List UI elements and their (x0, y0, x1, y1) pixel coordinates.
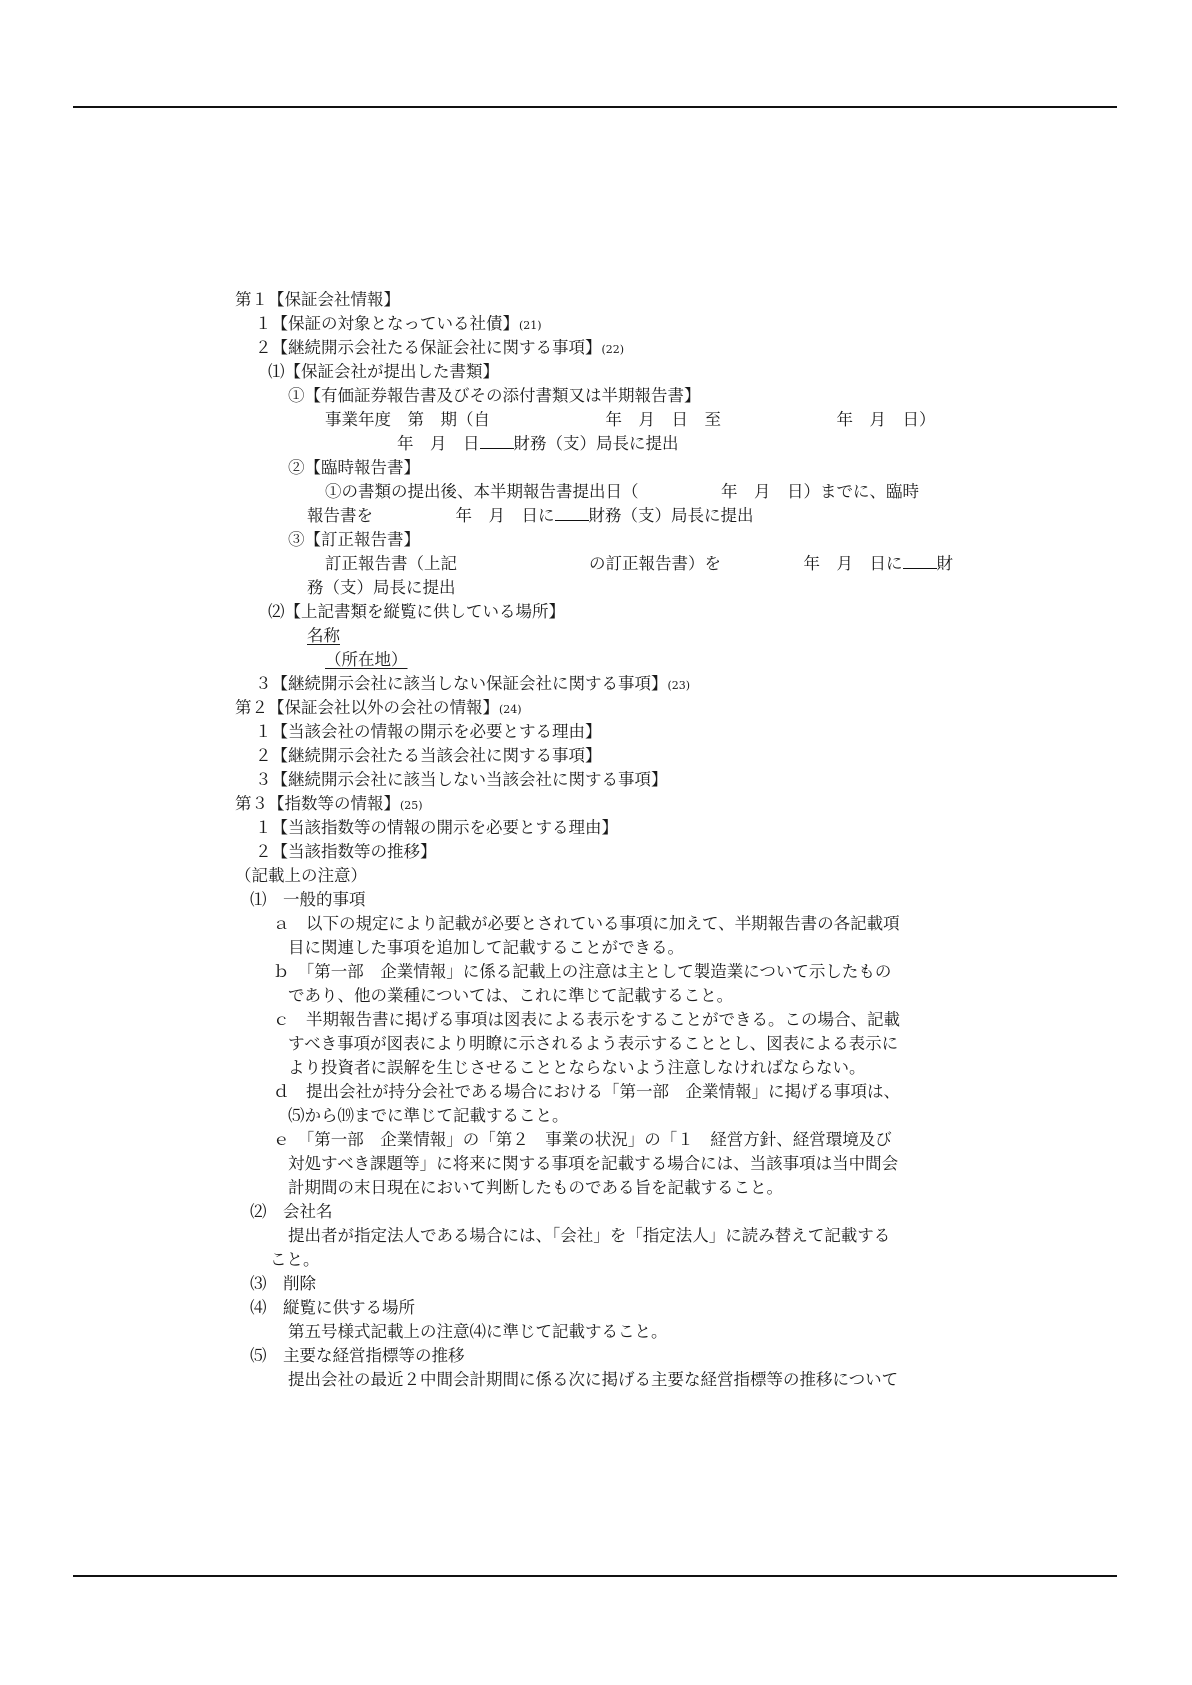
doc1-line1: 事業年度 第 期（自 年 月 日 至 年 月 日） (325, 409, 936, 431)
note3-title: ⑶ 削除 (250, 1273, 316, 1295)
part3-heading: 第３【指数等の情報】(25) (235, 793, 423, 817)
place-address: （所在地） (307, 649, 408, 671)
part1-item3: ３【継続開示会社に該当しない保証会社に関する事項】(23) (255, 673, 690, 697)
note5-line1: 提出会社の最近２中間会計期間に係る次に掲げる主要な経営指標等の推移について (288, 1369, 898, 1391)
note1-e-line2: 対処すべき課題等」に将来に関する事項を記載する場合には、当該事項は当中間会 (288, 1153, 898, 1175)
doc3-title: ③【訂正報告書】 (288, 529, 420, 551)
blank-underline (480, 434, 514, 449)
notes-heading: （記載上の注意） (235, 865, 367, 887)
top-rule (73, 106, 1117, 108)
doc1-line2: 年 月 日財務（支）局長に提出 (397, 433, 679, 455)
doc3-line2: 務（支）局長に提出 (307, 577, 456, 599)
note1-b-line2: であり、他の業種については、これに準じて記載すること。 (288, 985, 733, 1007)
part1-sub1: ⑴【保証会社が提出した書類】 (268, 361, 499, 383)
note1-d-line2: ⑸から⒆までに準じて記載すること。 (288, 1105, 569, 1127)
note1-a-line1: ａ 以下の規定により記載が必要とされている事項に加えて、半期報告書の各記載項 (273, 913, 900, 935)
note-ref: (25) (400, 799, 423, 812)
part1-heading: 第１【保証会社情報】 (235, 289, 400, 311)
place-name: 名称 (307, 625, 340, 647)
note-ref: (21) (519, 319, 542, 332)
note1-b-line1: ｂ 「第一部 企業情報」に係る記載上の注意は主として製造業について示したもの (273, 961, 891, 983)
note2-line2: こと。 (270, 1249, 320, 1271)
note4-title: ⑷ 縦覧に供する場所 (250, 1297, 415, 1319)
part2-item2: ２【継続開示会社たる当該会社に関する事項】 (255, 745, 602, 767)
part1-item1: １【保証の対象となっている社債】(21) (255, 313, 542, 337)
doc2-title: ②【臨時報告書】 (288, 457, 420, 479)
note1-d-line1: ｄ 提出会社が持分会社である場合における「第一部 企業情報」に掲げる事項は、 (273, 1081, 900, 1103)
note1-a-line2: 目に関連した事項を追加して記載することができる。 (288, 937, 684, 959)
note4-line1: 第五号様式記載上の注意⑷に準じて記載すること。 (288, 1321, 668, 1343)
part3-item1: １【当該指数等の情報の開示を必要とする理由】 (255, 817, 618, 839)
note5-title: ⑸ 主要な経営指標等の推移 (250, 1345, 465, 1367)
doc2-line2: 報告書を 年 月 日に財務（支）局長に提出 (307, 505, 754, 527)
note1-c-line3: より投資者に誤解を生じさせることとならないよう注意しなければならない。 (288, 1057, 866, 1079)
part2-item1: １【当該会社の情報の開示を必要とする理由】 (255, 721, 602, 743)
doc1-title: ①【有価証券報告書及びその添付書類又は半期報告書】 (288, 385, 701, 407)
doc2-line1: ①の書類の提出後、本半期報告書提出日（ 年 月 日）までに、臨時 (325, 481, 919, 503)
part2-heading: 第２【保証会社以外の会社の情報】(24) (235, 697, 522, 721)
note2-line1: 提出者が指定法人である場合には、「会社」を「指定法人」に読み替えて記載する (288, 1225, 890, 1247)
doc3-line1: 訂正報告書（上記 の訂正報告書）を 年 月 日に財 (325, 553, 953, 575)
note-ref: (23) (668, 679, 691, 692)
note1-c-line2: すべき事項が図表により明瞭に示されるよう表示することとし、図表による表示に (288, 1033, 898, 1055)
part1-sub2: ⑵【上記書類を縦覧に供している場所】 (268, 601, 565, 623)
blank-underline (903, 554, 937, 569)
note-ref: (24) (499, 703, 522, 716)
note1-title: ⑴ 一般的事項 (250, 889, 366, 911)
note1-c-line1: ｃ 半期報告書に掲げる事項は図表による表示をすることができる。この場合、記載 (273, 1009, 900, 1031)
blank-underline (555, 506, 589, 521)
part2-item3: ３【継続開示会社に該当しない当該会社に関する事項】 (255, 769, 668, 791)
note2-title: ⑵ 会社名 (250, 1201, 333, 1223)
note-ref: (22) (602, 343, 625, 356)
part1-item2: ２【継続開示会社たる保証会社に関する事項】(22) (255, 337, 624, 361)
bottom-rule (73, 1575, 1117, 1577)
note1-e-line1: ｅ 「第一部 企業情報」の「第２ 事業の状況」の「１ 経営方針、経営環境及び (273, 1129, 892, 1151)
note1-e-line3: 計期間の末日現在において判断したものである旨を記載すること。 (288, 1177, 783, 1199)
part3-item2: ２【当該指数等の推移】 (255, 841, 437, 863)
